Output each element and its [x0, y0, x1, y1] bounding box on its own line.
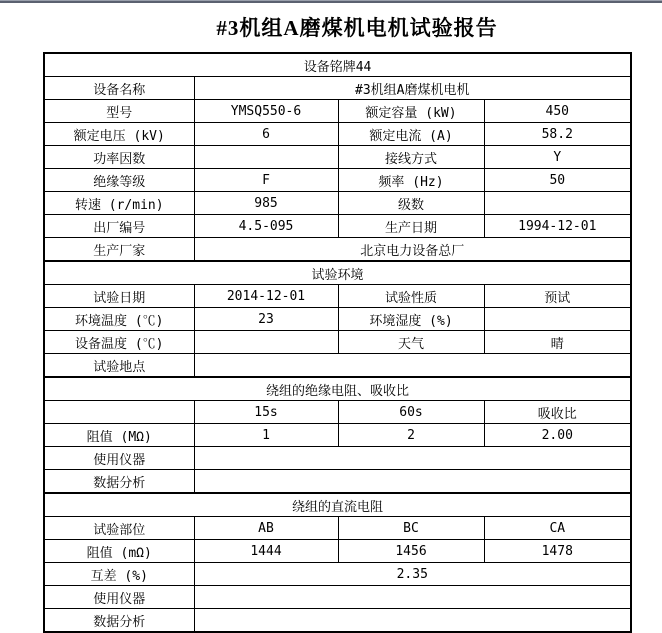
cell-value: [194, 609, 631, 633]
row-dc-analysis: 数据分析: [44, 609, 631, 633]
cell-value: 4.5-095: [194, 215, 338, 238]
cell-value: 预试: [484, 285, 631, 308]
row-ir-columns: 15s 60s 吸收比: [44, 401, 631, 424]
row-ir-instrument: 使用仪器: [44, 447, 631, 470]
cell-value: [194, 354, 631, 378]
section-header-nameplate: 设备铭牌44: [44, 53, 631, 77]
row-dc-parts: 试验部位 AB BC CA: [44, 517, 631, 540]
cell-label: 功率因数: [44, 146, 194, 169]
window-top-edge: [0, 0, 662, 3]
cell-value: 北京电力设备总厂: [194, 238, 631, 262]
cell-label: 设备名称: [44, 77, 194, 100]
cell-value: 1478: [484, 540, 631, 563]
cell-value: #3机组A磨煤机电机: [194, 77, 631, 100]
cell-value: 23: [194, 308, 338, 331]
row-device-name: 设备名称 #3机组A磨煤机电机: [44, 77, 631, 100]
cell-label: 阻值 (mΩ): [44, 540, 194, 563]
cell-value: [194, 146, 338, 169]
cell-value: [194, 586, 631, 609]
cell-label: 出厂编号: [44, 215, 194, 238]
section-title: 试验环境: [44, 261, 631, 285]
cell-label: 频率 (Hz): [338, 169, 484, 192]
cell-label: 额定电压 (kV): [44, 123, 194, 146]
cell-label: 环境湿度 (%): [338, 308, 484, 331]
row-insulation-class: 绝缘等级 F 频率 (Hz) 50: [44, 169, 631, 192]
cell-header: CA: [484, 517, 631, 540]
cell-label: 接线方式: [338, 146, 484, 169]
cell-value: Y: [484, 146, 631, 169]
cell-label: 转速 (r/min): [44, 192, 194, 215]
cell-label: 型号: [44, 100, 194, 123]
cell-value: YMSQ550-6: [194, 100, 338, 123]
cell-header: AB: [194, 517, 338, 540]
cell-value: [484, 308, 631, 331]
cell-label: 使用仪器: [44, 447, 194, 470]
row-model: 型号 YMSQ550-6 额定容量 (kW) 450: [44, 100, 631, 123]
row-dc-diff: 互差 (%) 2.35: [44, 563, 631, 586]
cell-value: [194, 470, 631, 494]
cell-label: 试验日期: [44, 285, 194, 308]
cell-label: 生产厂家: [44, 238, 194, 262]
cell-label: 试验部位: [44, 517, 194, 540]
cell-label: 数据分析: [44, 609, 194, 633]
cell-value: [484, 192, 631, 215]
row-ir-values: 阻值 (MΩ) 1 2 2.00: [44, 424, 631, 447]
cell-header: BC: [338, 517, 484, 540]
cell-value: 1: [194, 424, 338, 447]
cell-label: 试验地点: [44, 354, 194, 378]
section-header-environment: 试验环境: [44, 261, 631, 285]
cell-value: [194, 447, 631, 470]
cell-label: 级数: [338, 192, 484, 215]
cell-header: 15s: [194, 401, 338, 424]
row-dc-instrument: 使用仪器: [44, 586, 631, 609]
cell-value: 2.35: [194, 563, 631, 586]
cell-value: 1994-12-01: [484, 215, 631, 238]
cell-label: 天气: [338, 331, 484, 354]
section-header-dc-resistance: 绕组的直流电阻: [44, 493, 631, 517]
row-ir-analysis: 数据分析: [44, 470, 631, 494]
row-speed: 转速 (r/min) 985 级数: [44, 192, 631, 215]
cell-label: 绝缘等级: [44, 169, 194, 192]
row-test-date: 试验日期 2014-12-01 试验性质 预试: [44, 285, 631, 308]
row-location: 试验地点: [44, 354, 631, 378]
cell-label: 额定容量 (kW): [338, 100, 484, 123]
cell-value: 晴: [484, 331, 631, 354]
cell-label: 互差 (%): [44, 563, 194, 586]
cell-value: [194, 331, 338, 354]
cell-value: 2: [338, 424, 484, 447]
cell-value: 6: [194, 123, 338, 146]
cell-label: 阻值 (MΩ): [44, 424, 194, 447]
cell-label: 试验性质: [338, 285, 484, 308]
cell-value: 1456: [338, 540, 484, 563]
cell-label: 数据分析: [44, 470, 194, 494]
row-dc-values: 阻值 (mΩ) 1444 1456 1478: [44, 540, 631, 563]
cell-header: 吸收比: [484, 401, 631, 424]
cell-value: 58.2: [484, 123, 631, 146]
cell-value: 985: [194, 192, 338, 215]
section-title: 绕组的绝缘电阻、吸收比: [44, 377, 631, 401]
cell-value: 2.00: [484, 424, 631, 447]
section-header-insulation-resistance: 绕组的绝缘电阻、吸收比: [44, 377, 631, 401]
cell-value: 2014-12-01: [194, 285, 338, 308]
row-manufacturer: 生产厂家 北京电力设备总厂: [44, 238, 631, 262]
section-title: 设备铭牌44: [44, 53, 631, 77]
cell-header: 60s: [338, 401, 484, 424]
section-title: 绕组的直流电阻: [44, 493, 631, 517]
report-title: #3机组A磨煤机电机试验报告: [26, 12, 662, 42]
cell-label: 生产日期: [338, 215, 484, 238]
test-report-table: 设备铭牌44 设备名称 #3机组A磨煤机电机 型号 YMSQ550-6 额定容量…: [43, 52, 632, 632]
cell-label: [44, 401, 194, 424]
row-power-factor: 功率因数 接线方式 Y: [44, 146, 631, 169]
row-serial: 出厂编号 4.5-095 生产日期 1994-12-01: [44, 215, 631, 238]
row-voltage: 额定电压 (kV) 6 额定电流 (A) 58.2: [44, 123, 631, 146]
cell-label: 设备温度 (℃): [44, 331, 194, 354]
cell-value: 450: [484, 100, 631, 123]
cell-label: 环境温度 (℃): [44, 308, 194, 331]
cell-value: 1444: [194, 540, 338, 563]
row-ambient-temp: 环境温度 (℃) 23 环境湿度 (%): [44, 308, 631, 331]
cell-value: 50: [484, 169, 631, 192]
cell-value: F: [194, 169, 338, 192]
row-device-temp: 设备温度 (℃) 天气 晴: [44, 331, 631, 354]
cell-label: 使用仪器: [44, 586, 194, 609]
cell-label: 额定电流 (A): [338, 123, 484, 146]
